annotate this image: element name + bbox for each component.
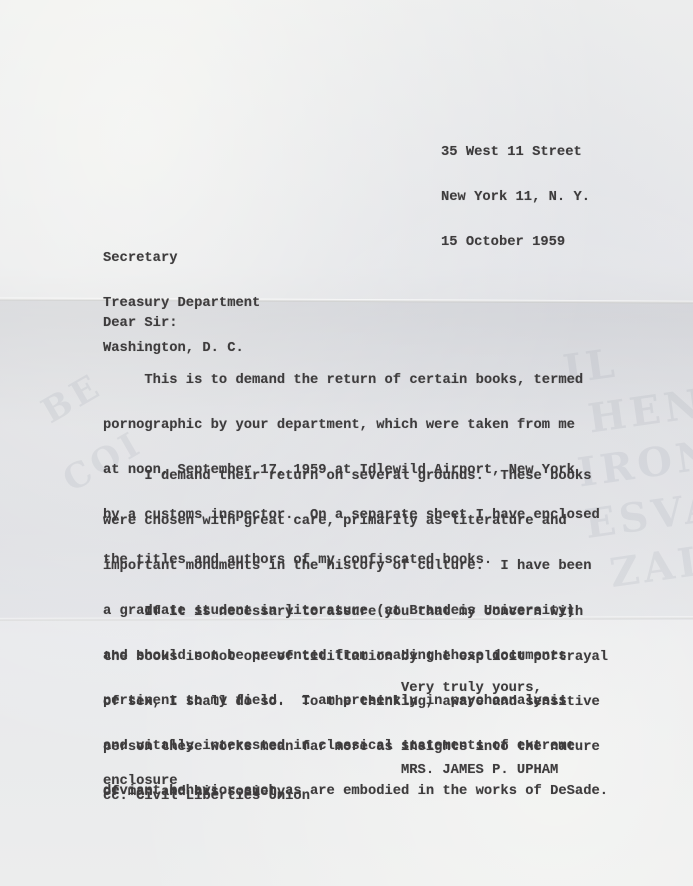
paragraph-line: of sex, I shall do so. To the thinking, … xyxy=(103,695,608,710)
paragraph-line: If it is necessary to assure you that my… xyxy=(103,605,608,620)
paragraph-line: person these works mean far more as insi… xyxy=(103,740,608,755)
return-address-city: New York 11, N. Y. xyxy=(441,190,590,205)
letter-page: IL HENSIRONESVA ZAL. BE COI 35 West 11 S… xyxy=(0,0,693,886)
paragraph-line: the books is not one of titillation by t… xyxy=(103,650,608,665)
signature-name: MRS. JAMES P. UPHAM xyxy=(401,763,558,778)
paragraph-line: This is to demand the return of certain … xyxy=(103,373,600,388)
letter-date: 15 October 1959 xyxy=(441,235,590,250)
recipient-title: Secretary xyxy=(103,251,260,266)
paragraph-line: pornographic by your department, which w… xyxy=(103,418,600,433)
cc-note: cc: Civil Liberties Union xyxy=(103,789,310,804)
paragraph-line: I demand their return on several grounds… xyxy=(103,469,608,484)
closing: Very truly yours, xyxy=(401,681,542,696)
enclosure-note: enclosure xyxy=(103,774,178,789)
salutation: Dear Sir: xyxy=(103,316,178,331)
paragraph-line: were chosen with great care, primarily a… xyxy=(103,514,608,529)
return-address: 35 West 11 Street New York 11, N. Y. 15 … xyxy=(441,115,590,280)
paragraph-line: important monuments in the history of cu… xyxy=(103,559,608,574)
recipient-department: Treasury Department xyxy=(103,296,260,311)
return-address-street: 35 West 11 Street xyxy=(441,145,590,160)
